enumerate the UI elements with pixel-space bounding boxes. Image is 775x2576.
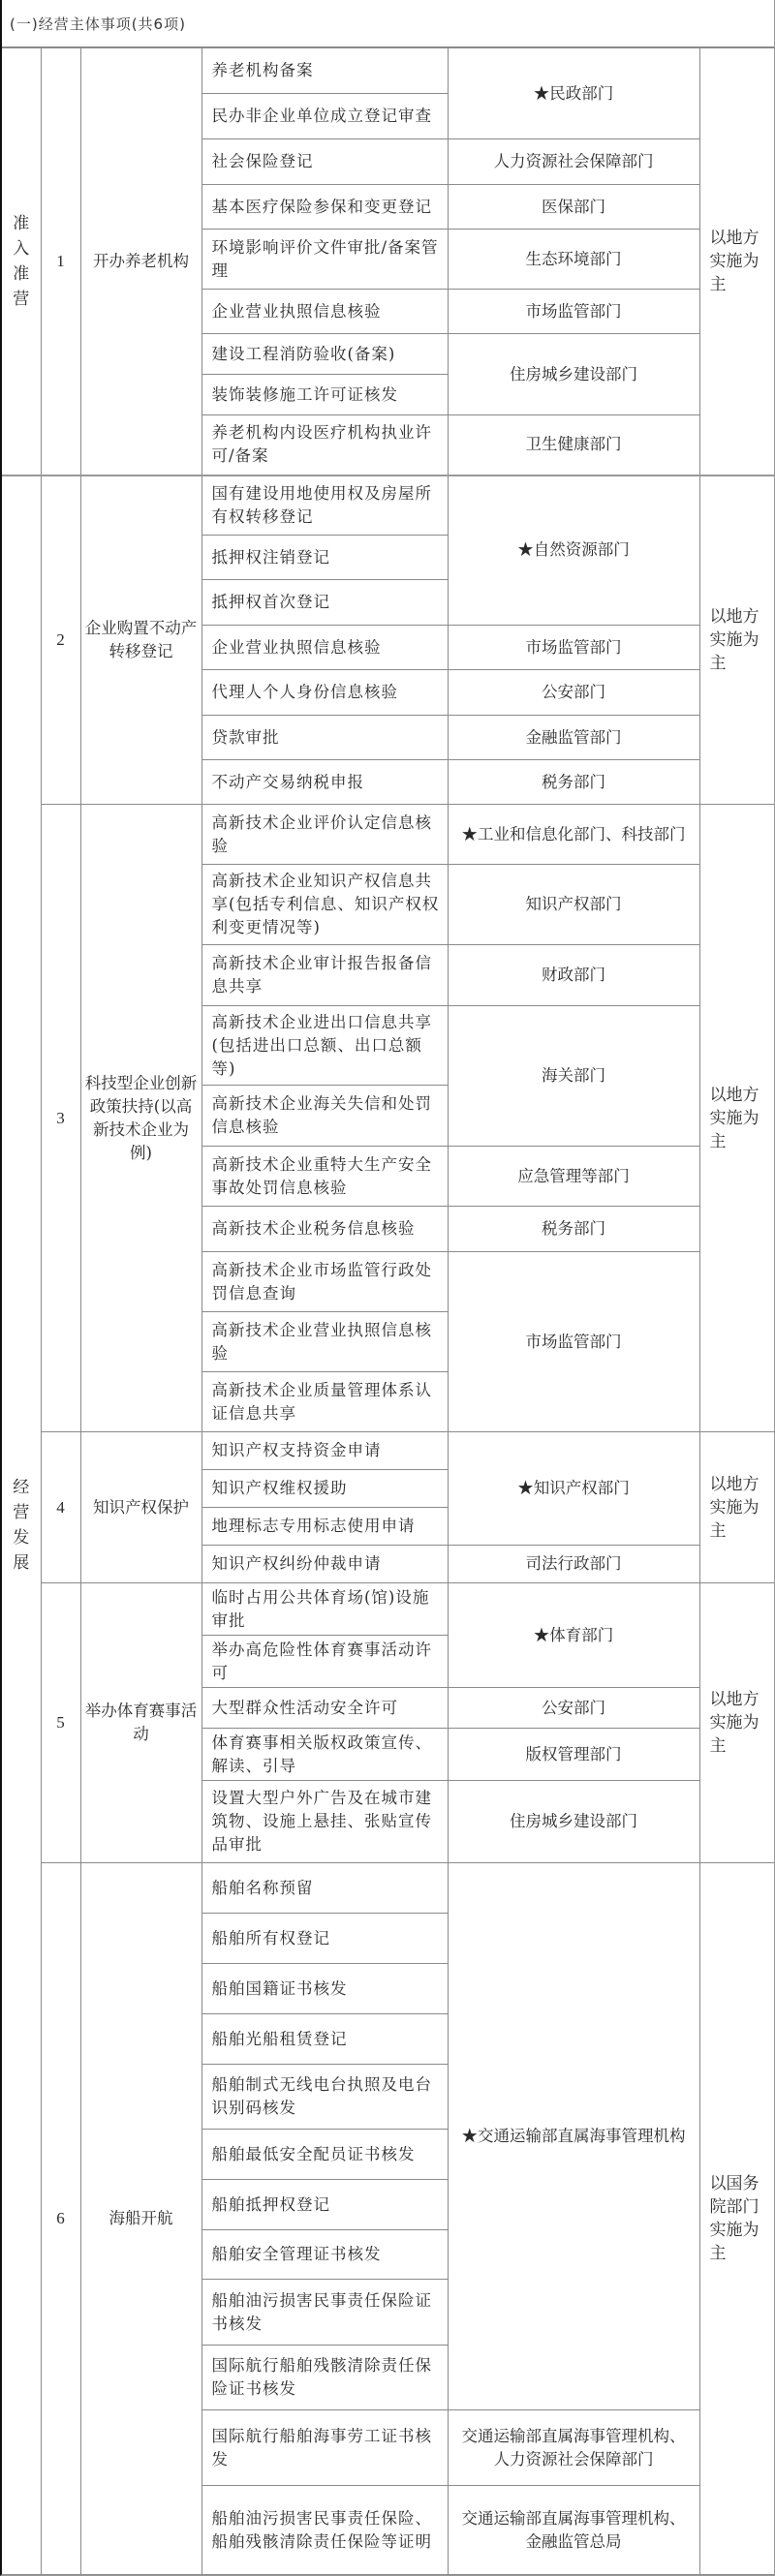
sub-item: 装饰装修施工许可证核发 (201, 375, 448, 415)
sub-item: 国际航行船舶残骸清除责任保险证书核发 (201, 2346, 448, 2410)
matters-table: 准入准营 1 开办养老机构 养老机构备案 ★民政部门 以地方实施为主 民办非企业… (2, 47, 775, 2575)
table-title: (一)经营主体事项(共6项) (2, 0, 774, 47)
department: 司法行政部门 (448, 1546, 699, 1583)
implementation-label: 以地方实施为主 (710, 1084, 760, 1153)
sub-item: 船舶最低安全配员证书核发 (201, 2130, 448, 2180)
item-name: 科技型企业创新政策扶持(以高新技术企业为例) (80, 805, 201, 1432)
department: 交通运输部直属海事管理机构、金融监管总局 (448, 2486, 699, 2575)
sub-item: 养老机构内设医疗机构执业许可/备案 (201, 415, 448, 475)
sub-item: 社会保险登记 (201, 139, 448, 185)
sub-item: 船舶油污损害民事责任保险、船舶残骸清除责任保险等证明 (201, 2486, 448, 2575)
implementation-label: 以地方实施为主 (710, 1688, 760, 1758)
implementation-label: 以国务院部门实施为主 (710, 2172, 760, 2265)
department: 金融监管部门 (448, 716, 699, 760)
sub-item: 国有建设用地使用权及房屋所有权转移登记 (201, 475, 448, 536)
sub-item: 船舶制式无线电台执照及电台识别码核发 (201, 2065, 448, 2130)
item-number: 6 (41, 1863, 80, 2575)
sub-item: 高新技术企业质量管理体系认证信息共享 (201, 1372, 448, 1432)
sub-item: 船舶光船租赁登记 (201, 2014, 448, 2065)
category-label: 准入准营 (13, 211, 30, 312)
sub-item: 举办高危险性体育赛事活动许可 (201, 1636, 448, 1688)
department: 住房城乡建设部门 (448, 1781, 699, 1863)
sub-item: 高新技术企业营业执照信息核验 (201, 1312, 448, 1372)
sub-item: 设置大型户外广告及在城市建筑物、设施上悬挂、张贴宣传品审批 (201, 1781, 448, 1863)
sub-item: 建设工程消防验收(备案) (201, 334, 448, 375)
department: 市场监管部门 (448, 626, 699, 670)
sub-item: 企业营业执照信息核验 (201, 290, 448, 334)
sub-item: 高新技术企业税务信息核验 (201, 1207, 448, 1252)
sub-item: 体育赛事相关版权政策宣传、解读、引导 (201, 1729, 448, 1781)
department: 知识产权部门 (448, 865, 699, 945)
sub-item: 船舶油污损害民事责任保险证书核发 (201, 2280, 448, 2346)
sub-item: 高新技术企业重特大生产安全事故处罚信息核验 (201, 1147, 448, 1207)
item-name: 举办体育赛事活动 (80, 1583, 201, 1863)
department: 税务部门 (448, 760, 699, 805)
department: 财政部门 (448, 945, 699, 1006)
category-label: 经营发展 (13, 1475, 30, 1576)
sub-item: 民办非企业单位成立登记审查 (201, 94, 448, 139)
sub-item: 抵押权首次登记 (201, 580, 448, 626)
implementation: 以国务院部门实施为主 (699, 1863, 775, 2575)
department: ★工业和信息化部门、科技部门 (448, 805, 699, 865)
sub-item: 高新技术企业海关失信和处罚信息核验 (201, 1086, 448, 1147)
department: ★民政部门 (448, 48, 699, 139)
implementation-label: 以地方实施为主 (710, 227, 760, 296)
item-name: 知识产权保护 (80, 1432, 201, 1583)
sub-item: 高新技术企业进出口信息共享(包括进出口总额、出口总额等) (201, 1006, 448, 1086)
sub-item: 船舶名称预留 (201, 1863, 448, 1914)
implementation: 以地方实施为主 (699, 475, 775, 805)
sub-item: 临时占用公共体育场(馆)设施审批 (201, 1583, 448, 1636)
sub-item: 知识产权支持资金申请 (201, 1432, 448, 1470)
sub-item: 环境影响评价文件审批/备案管理 (201, 230, 448, 290)
sub-item: 不动产交易纳税申报 (201, 760, 448, 805)
department: 卫生健康部门 (448, 415, 699, 475)
category-cell: 经营发展 (2, 475, 41, 2575)
department: ★体育部门 (448, 1583, 699, 1688)
sub-item: 代理人个人身份信息核验 (201, 670, 448, 716)
item-number: 2 (41, 475, 80, 805)
implementation: 以地方实施为主 (699, 1583, 775, 1863)
sub-item: 大型群众性活动安全许可 (201, 1688, 448, 1729)
department: ★交通运输部直属海事管理机构 (448, 1863, 699, 2410)
table-row: 6 海船开航 船舶名称预留 ★交通运输部直属海事管理机构 以国务院部门实施为主 (2, 1863, 775, 1914)
table-row: 5 举办体育赛事活动 临时占用公共体育场(馆)设施审批 ★体育部门 以地方实施为… (2, 1583, 775, 1636)
item-number: 3 (41, 805, 80, 1432)
item-name: 海船开航 (80, 1863, 201, 2575)
sub-item: 国际航行船舶海事劳工证书核发 (201, 2410, 448, 2486)
sub-item: 抵押权注销登记 (201, 536, 448, 580)
department: 市场监管部门 (448, 1252, 699, 1432)
sub-item: 船舶抵押权登记 (201, 2180, 448, 2230)
department: 海关部门 (448, 1006, 699, 1147)
department: 市场监管部门 (448, 290, 699, 334)
sub-item: 船舶安全管理证书核发 (201, 2230, 448, 2280)
item-number: 5 (41, 1583, 80, 1863)
sub-item: 贷款审批 (201, 716, 448, 760)
implementation: 以地方实施为主 (699, 1432, 775, 1583)
department: 人力资源社会保障部门 (448, 139, 699, 185)
sub-item: 高新技术企业市场监管行政处罚信息查询 (201, 1252, 448, 1312)
item-name: 开办养老机构 (80, 48, 201, 475)
department: 交通运输部直属海事管理机构、人力资源社会保障部门 (448, 2410, 699, 2486)
item-name: 企业购置不动产转移登记 (80, 475, 201, 805)
implementation-label: 以地方实施为主 (710, 605, 760, 675)
department: ★知识产权部门 (448, 1432, 699, 1546)
department: 医保部门 (448, 185, 699, 230)
department: 应急管理等部门 (448, 1147, 699, 1207)
sub-item: 船舶所有权登记 (201, 1914, 448, 1964)
department: 版权管理部门 (448, 1729, 699, 1781)
sub-item: 地理标志专用标志使用申请 (201, 1508, 448, 1546)
implementation-label: 以地方实施为主 (710, 1473, 760, 1543)
table-row: 4 知识产权保护 知识产权支持资金申请 ★知识产权部门 以地方实施为主 (2, 1432, 775, 1470)
document-page: (一)经营主体事项(共6项) 准入准营 1 开办养老机构 养老机构备案 ★民政部… (0, 0, 775, 2576)
category-cell: 准入准营 (2, 48, 41, 475)
implementation: 以地方实施为主 (699, 48, 775, 475)
sub-item: 养老机构备案 (201, 48, 448, 94)
item-number: 4 (41, 1432, 80, 1583)
table-row: 3 科技型企业创新政策扶持(以高新技术企业为例) 高新技术企业评价认定信息核验 … (2, 805, 775, 865)
department: 住房城乡建设部门 (448, 334, 699, 415)
item-number: 1 (41, 48, 80, 475)
table-row: 准入准营 1 开办养老机构 养老机构备案 ★民政部门 以地方实施为主 (2, 48, 775, 94)
department: 公安部门 (448, 670, 699, 716)
sub-item: 基本医疗保险参保和变更登记 (201, 185, 448, 230)
sub-item: 知识产权纠纷仲裁申请 (201, 1546, 448, 1583)
sub-item: 知识产权维权援助 (201, 1470, 448, 1508)
department: ★自然资源部门 (448, 475, 699, 626)
department: 公安部门 (448, 1688, 699, 1729)
department: 生态环境部门 (448, 230, 699, 290)
sub-item: 高新技术企业评价认定信息核验 (201, 805, 448, 865)
sub-item: 企业营业执照信息核验 (201, 626, 448, 670)
sub-item: 高新技术企业审计报告报备信息共享 (201, 945, 448, 1006)
sub-item: 高新技术企业知识产权信息共享(包括专利信息、知识产权权利变更情况等) (201, 865, 448, 945)
sub-item: 船舶国籍证书核发 (201, 1964, 448, 2014)
implementation: 以地方实施为主 (699, 805, 775, 1432)
department: 税务部门 (448, 1207, 699, 1252)
table-row: 经营发展 2 企业购置不动产转移登记 国有建设用地使用权及房屋所有权转移登记 ★… (2, 475, 775, 536)
